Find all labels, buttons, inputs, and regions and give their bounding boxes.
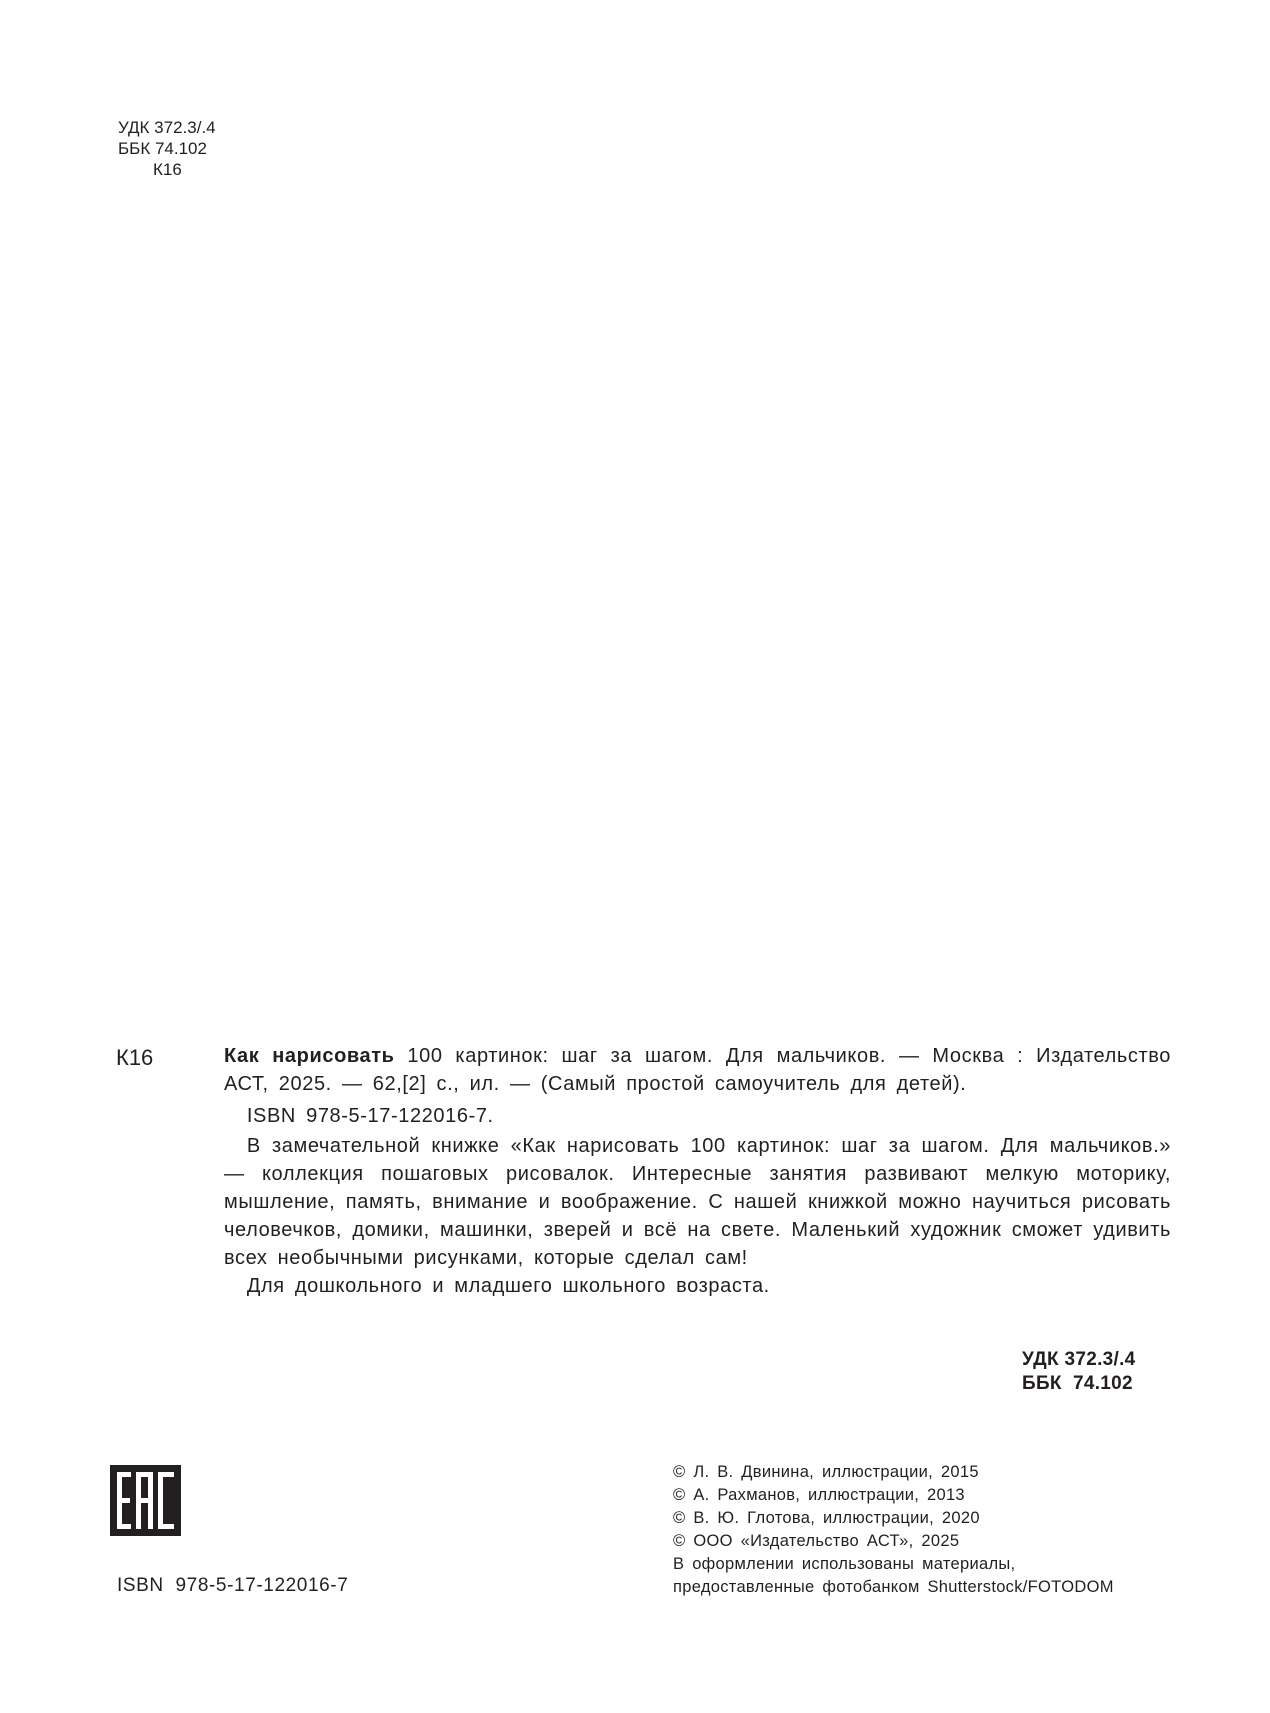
bbk-code-bold: ББК 74.102 [1022,1372,1136,1396]
biblio-description: Как нарисовать 100 картинок: шаг за шаго… [224,1042,1171,1098]
author-mark: К16 [118,159,216,180]
audience: Для дошкольного и младшего школьного воз… [224,1272,1171,1300]
photo-credit-line: В оформлении использованы материалы, [673,1553,1114,1576]
book-title: Как нарисовать [224,1045,395,1067]
photo-credit-line: предоставленные фотобанком Shutterstock/… [673,1576,1114,1599]
biblio-isbn: ISBN 978-5-17-122016-7. [224,1102,1171,1130]
isbn-bottom: ISBN 978-5-17-122016-7 [117,1575,348,1597]
copyright-block: © Л. В. Двинина, иллюстрации, 2015 © А. … [673,1461,1114,1599]
bibliographic-record: Как нарисовать 100 картинок: шаг за шаго… [224,1042,1171,1300]
classification-top: УДК 372.3/.4 ББК 74.102 К16 [118,117,216,180]
udk-code: УДК 372.3/.4 [118,117,216,138]
annotation: В замечательной книжке «Как нарисовать 1… [224,1132,1171,1272]
bbk-code: ББК 74.102 [118,138,216,159]
copyright-line: © В. Ю. Глотова, иллюстрации, 2020 [673,1507,1114,1530]
biblio-author-mark: К16 [116,1045,153,1071]
copyright-line: © Л. В. Двинина, иллюстрации, 2015 [673,1461,1114,1484]
eac-glyph [110,1465,181,1536]
copyright-line: © А. Рахманов, иллюстрации, 2013 [673,1484,1114,1507]
udk-code-bold: УДК 372.3/.4 [1022,1348,1136,1372]
copyright-line: © ООО «Издательство АСТ», 2025 [673,1530,1114,1553]
eac-mark-icon [110,1465,181,1536]
classification-bottom: УДК 372.3/.4 ББК 74.102 [1022,1348,1136,1396]
